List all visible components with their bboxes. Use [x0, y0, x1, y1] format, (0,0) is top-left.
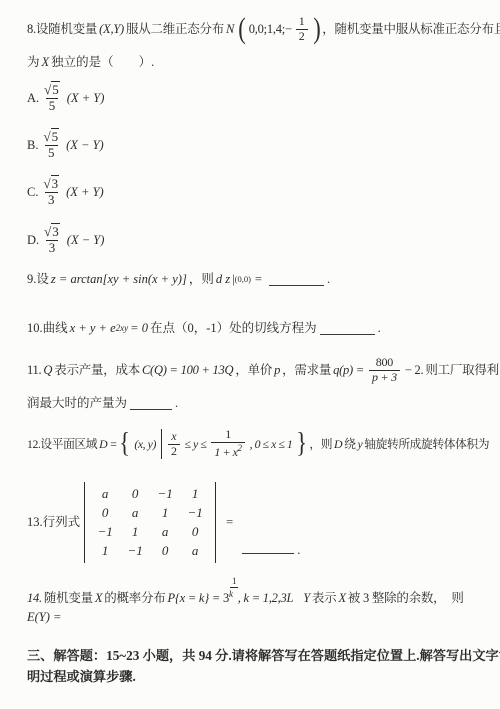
q11-text: 则工厂取得利 [425, 363, 499, 378]
option-label: B. [27, 138, 38, 153]
option-a: A. √55 (X + Y) [27, 80, 494, 116]
period: . [327, 272, 330, 287]
option-label: C. [27, 185, 38, 200]
q14-prob-expr: P{x = k} = [168, 591, 220, 606]
q9-text: 9.设 [27, 272, 49, 287]
q8-args: 0,0;1,4;− [249, 22, 292, 37]
question-11-line2: 润最大时的产量为 . [27, 392, 494, 414]
question-13: 13.行列式 a0−11 0a1−1 −11a0 1−10a = . [27, 480, 494, 564]
q10-equals-zero: = 0 [130, 321, 148, 336]
q10-text: 10.曲线 [27, 321, 68, 336]
sqrt-fraction: √33 [41, 177, 61, 208]
q9-expression: z = arctan[xy + sin(x + y)] [51, 272, 187, 287]
q9-dz: d z [216, 272, 230, 287]
close-paren: ) [313, 14, 320, 44]
q14-text: 随机变量 [44, 591, 93, 606]
option-expression: (X − Y) [66, 138, 104, 153]
option-expression: (X + Y) [66, 185, 104, 200]
option-label: A. [27, 91, 39, 106]
q11-cost-fn: C(Q) = 100 + 13Q [142, 363, 233, 378]
q14-Y: Y [303, 591, 310, 606]
q8-text: 独立的是（ ）. [51, 55, 154, 70]
option-b: B. √55 (X − Y) [27, 127, 494, 163]
q12-D2: D [334, 437, 342, 451]
option-c: C. √33 (X + Y) [27, 174, 494, 210]
q11-number: 11. [27, 363, 41, 378]
question-8-line1: 8.设随机变量(X,Y)服从二维正态分布 N ( 0,0;1,4;− 12 ) … [27, 6, 494, 52]
fraction: 800p + 3 [369, 356, 400, 385]
q14-text: 的概率分布 [104, 591, 165, 606]
q11-Q: Q [43, 363, 52, 378]
q9-text: ，则 [189, 272, 214, 287]
q12-text: ，则 [309, 437, 332, 451]
question-11-line1: 11. Q 表示产量，成本 C(Q) = 100 + 13Q ，单价 p ，需求… [27, 350, 494, 390]
set-builder-bar [161, 429, 162, 459]
sqrt-fraction: √55 [42, 83, 62, 114]
section-heading-line1: 三、解答题：15~23 小题，共 94 分.请将解答写在答题纸指定位置上.解答写… [27, 645, 480, 666]
question-9: 9.设 z = arctan[xy + sin(x + y)] ，则 d z|(… [27, 266, 494, 292]
sqrt-fraction: √33 [42, 225, 62, 256]
question-14-line2: E(Y) = [27, 606, 494, 628]
q12-inequality: ≤ y ≤ [185, 437, 207, 451]
power-with-raised-one: 3k1 [223, 589, 233, 606]
q11-text: ，需求量 [282, 363, 331, 378]
period: . [297, 543, 300, 558]
q12-text: 绕 [344, 437, 355, 451]
q14-EY: E(Y) = [27, 610, 61, 625]
q8-text: ，随机变量中服从标准正态分布且 [322, 22, 500, 37]
q8-text: 为 [27, 55, 40, 70]
option-expression: (X − Y) [67, 233, 105, 248]
q12-point: (x, y) [134, 437, 156, 451]
q14-text: 表示 [312, 591, 337, 606]
option-expression: (X + Y) [67, 91, 105, 106]
close-brace: } [297, 430, 307, 458]
option-d: D. √33 (X − Y) [27, 222, 494, 258]
radical-icon: √ [43, 129, 50, 144]
exam-page: 8.设随机变量(X,Y)服从二维正态分布 N ( 0,0;1,4;− 12 ) … [0, 0, 500, 709]
equals-sign: = [255, 272, 262, 287]
q12-D: D [99, 437, 107, 451]
section-heading: 三、解答题：15~23 小题，共 94 分.请将解答写在答题纸指定位置上.解答写… [27, 645, 480, 687]
q12-text: 12.设平面区域 [27, 437, 97, 451]
option-label: D. [27, 233, 39, 248]
radical-icon: √ [43, 176, 50, 191]
fraction: 12 [296, 15, 308, 44]
answer-blank [320, 321, 375, 335]
q10-text: 在点（0，-1）处的切线方程为 [150, 321, 317, 336]
q13-text: 13.行列式 [27, 515, 80, 530]
q8-text: 服从二维正态分布 [126, 22, 224, 37]
answer-blank [269, 272, 324, 286]
determinant: a0−11 0a1−1 −11a0 1−10a [84, 482, 216, 563]
section-heading-line2: 明过程或演算步骤. [27, 666, 480, 687]
q11-minus-two: − 2. [405, 363, 424, 378]
q14-k-range: , k = 1,2,3L [238, 591, 293, 606]
q11-p: p [274, 363, 280, 378]
q11-text: ，单价 [235, 363, 272, 378]
q11-text: 润最大时的产量为 [27, 396, 127, 411]
q12-text: 轴旋转所成旋转体体积为 [364, 437, 489, 451]
exponent: 2xy [116, 323, 129, 334]
q8-X: X [42, 55, 50, 70]
answer-blank [242, 540, 294, 554]
sqrt-fraction: √55 [41, 130, 61, 161]
q14-text: 被 3 整除的余数， 则 [348, 591, 464, 606]
period: . [175, 396, 178, 411]
q8-text: 8.设随机变量 [27, 22, 97, 37]
period: . [378, 321, 381, 336]
question-10: 10.曲线 x + y + e2xy = 0 在点（0，-1）处的切线方程为 . [27, 315, 494, 341]
fraction: x2 [168, 430, 180, 459]
open-brace: { [120, 430, 130, 458]
q12-y: y [357, 437, 362, 451]
q10-expression: x + y + e [70, 321, 116, 336]
question-8-line2: 为 X 独立的是（ ）. [27, 52, 494, 72]
q14-X: X [95, 591, 102, 606]
q14-X2: X [338, 591, 345, 606]
eval-point: (0,0) [235, 274, 251, 284]
q11-text: 表示产量，成本 [54, 363, 140, 378]
fraction: 11 + x2 [211, 428, 244, 460]
question-12: 12.设平面区域 D = { (x, y) x2 ≤ y ≤ 11 + x2 ,… [27, 418, 494, 470]
q11-demand-fn: q(p) = [333, 363, 364, 378]
q12-range: , 0 ≤ x ≤ 1 [250, 437, 293, 451]
equals-sign: = [110, 437, 116, 451]
q14-number: 14. [27, 591, 42, 606]
equals-sign: = [226, 515, 233, 530]
q8-xy: (X,Y) [99, 22, 124, 37]
open-paren: ( [238, 14, 245, 44]
answer-blank [130, 396, 172, 410]
q8-N: N [226, 22, 234, 37]
